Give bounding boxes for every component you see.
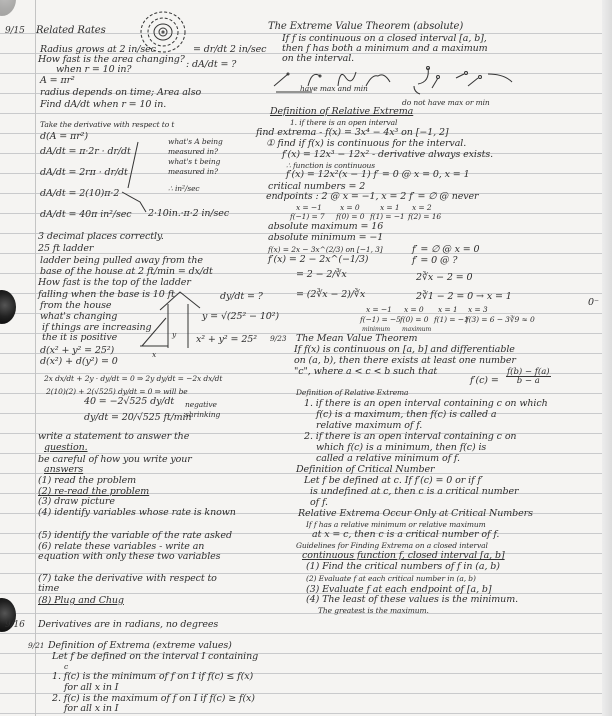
math-line: f′(x) = 12x³ − 12x² - derivative always … xyxy=(282,150,493,160)
note-line: Take the derivative with respect to t xyxy=(40,120,174,130)
note-line: for all x in I xyxy=(64,683,118,693)
table-cell: x = −1 xyxy=(366,305,392,315)
note-line: relative maximum of f. xyxy=(316,421,422,431)
table-cell: f(2) = 16 xyxy=(408,212,441,222)
note-line: 3 decimal places correctly. xyxy=(38,232,164,242)
note-line: 1. f(c) is the minimum of f on I if f(c)… xyxy=(52,672,253,682)
note-line: what's changing xyxy=(40,312,117,322)
side-note: measured in? xyxy=(168,167,218,177)
side-note: measured in? xyxy=(168,147,218,157)
note-line: A = πr² xyxy=(40,76,75,86)
section-title: Definition of Critical Number xyxy=(296,465,434,475)
note-line: Derivatives are in radians, no degrees xyxy=(38,620,218,630)
note-line: of f. xyxy=(310,498,328,508)
step-item: (6) relate these variables - write an eq… xyxy=(38,542,238,562)
step-item: (1) read the problem xyxy=(38,476,136,486)
math-line: ① find if f(x) is continuous for the int… xyxy=(266,139,466,149)
fraction-denominator: b − a xyxy=(517,377,540,385)
note-line: : dA/dt = ? xyxy=(186,60,236,70)
step-item: (4) identify variables whose rate is kno… xyxy=(38,508,248,518)
math-line: f′(x) = 12x²(x − 1) f′ = 0 @ x = 0, x = … xyxy=(286,170,470,180)
note-line: f(c) is a maximum, then f(c) is called a xyxy=(316,410,496,420)
note-line: at x = c, then c is a critical number of… xyxy=(312,530,499,540)
math-line: dA/dt = 40π in²/sec xyxy=(40,210,131,220)
date-label: 9/23 xyxy=(270,334,286,344)
side-note: 2·10in.·π·2 in/sec xyxy=(148,209,229,219)
table-cell: f(−1) = −5 xyxy=(360,315,401,325)
approx-note: 0⁻ xyxy=(588,298,599,308)
step-item: (3) draw picture xyxy=(38,497,115,507)
table-cell: f(1) = −1 xyxy=(434,315,469,325)
math-line: 40 = −2√525 dy/dt xyxy=(84,397,174,407)
section-title: Relative Extrema Occur Only at Critical … xyxy=(298,509,533,519)
diagram-label: x² + y² = 25² xyxy=(196,335,257,345)
note-line: called a relative minimum of f. xyxy=(316,454,460,464)
side-note: what's A being xyxy=(168,137,223,147)
table-cell: f(3) = 6 − 3∛9 ≈ 0 xyxy=(466,315,535,325)
result-line: absolute maximum = 16 xyxy=(268,222,383,232)
margin-line xyxy=(35,0,36,716)
ladder-house-sketch xyxy=(138,290,198,350)
math-line: f′ = ∅ @ x = 0 xyxy=(412,245,480,255)
math-line: 2∛x − 2 = 0 xyxy=(416,273,472,283)
section-title: Definition of Extrema (extreme values) xyxy=(48,641,232,651)
section-title: Definition of Relative Extrema xyxy=(296,388,408,398)
table-cell: f(0) = 0 xyxy=(400,315,428,325)
note-line: on (a, b), then there exists at least on… xyxy=(294,356,516,366)
math-line: dA/dt = 2(10)π·2 xyxy=(40,189,119,199)
page-edge xyxy=(602,0,612,716)
math-line: 2∛1 − 2 = 0 → x = 1 xyxy=(416,292,512,302)
math-line: dA/dt = π·2r · dr/dt xyxy=(40,147,131,157)
side-note: ∴ in²/sec xyxy=(168,184,200,194)
diagram-label: dy/dt = ? xyxy=(220,292,263,302)
note-line: 1. if there is an open interval containi… xyxy=(304,399,548,409)
math-line: find extrema - f(x) = 3x⁴ − 4x³ on [−1, … xyxy=(256,128,449,138)
section-title: Definition of Relative Extrema xyxy=(270,107,413,117)
side-note: negative xyxy=(185,400,217,410)
side-note: shrinking xyxy=(185,410,220,420)
diagram-label: y xyxy=(172,330,176,340)
table-cell: x = 1 xyxy=(438,305,458,315)
sketch-label: do not have max or min xyxy=(402,98,490,108)
note-line: ladder being pulled away from the xyxy=(40,256,203,266)
guideline-step: (4) The least of these values is the min… xyxy=(306,595,518,605)
note-line: The greatest is the maximum. xyxy=(318,606,429,616)
table-cell: x = 0 xyxy=(404,305,424,315)
guideline-step: (1) Find the critical numbers of f in (a… xyxy=(306,562,500,572)
note-line: for all x in I xyxy=(64,704,118,714)
math-line: endpoints : 2 @ x = −1, x = 2 f′ = ∅ @ n… xyxy=(266,192,478,202)
note-line: question. xyxy=(44,443,88,453)
note-line: on the interval. xyxy=(282,54,354,64)
section-title: Related Rates xyxy=(36,26,106,36)
table-cell: x = 3 xyxy=(468,305,488,315)
note-line: from the house xyxy=(40,301,111,311)
note-line: base of the house at 2 ft/min = dx/dt xyxy=(40,267,213,277)
math-line: d(x² + y² = 25²) xyxy=(40,346,114,356)
math-line: d(A = πr²) xyxy=(40,132,88,142)
note-line: radius depends on time; Area also xyxy=(40,88,201,98)
result-line: absolute minimum = −1 xyxy=(268,233,383,243)
arrow-sketch xyxy=(120,140,150,220)
section-title: The Extreme Value Theorem (absolute) xyxy=(268,22,463,32)
step-item: (8) Plug and Chug xyxy=(38,596,124,606)
note-line: 25 ft ladder xyxy=(38,244,93,254)
note-line: = dr/dt 2 in/sec xyxy=(193,45,266,55)
punch-hole xyxy=(0,290,16,324)
mvt-fraction: f(b) − f(a) b − a xyxy=(506,368,551,385)
step-item: (5) identify the variable of the rate as… xyxy=(38,531,232,541)
note-line: If f(x) is continuous on [a, b] and diff… xyxy=(294,345,515,355)
guideline-step: (2) Evaluate f at each critical number i… xyxy=(306,574,476,584)
math-line: dA/dt = 2rπ · dr/dt xyxy=(40,168,128,178)
note-line: when r = 10 in? xyxy=(56,65,131,75)
math-line: f′ = 0 @ ? xyxy=(412,256,457,266)
section-title: The Mean Value Theorem xyxy=(296,334,417,344)
sketch-label: have max and min xyxy=(300,84,368,94)
math-line: = 2 − 2/∛x xyxy=(296,270,347,280)
note-line: is undefined at c, then c is a critical … xyxy=(310,487,518,497)
note-line: answers xyxy=(44,465,83,475)
note-line: Let f be defined on the interval I conta… xyxy=(52,652,258,662)
diagram-label: x xyxy=(152,350,156,360)
note-line: write a statement to answer the xyxy=(38,432,189,442)
date-label: 9/16 xyxy=(5,620,25,630)
side-note: what's t being xyxy=(168,157,220,167)
math-line: dy/dt = 20/√525 ft/min xyxy=(84,413,192,423)
formula-lhs: f′(c) = xyxy=(470,376,499,386)
math-line: 2x dx/dt + 2y · dy/dt = 0 ⇒ 2y dy/dt = −… xyxy=(44,374,222,384)
math-line: d(x²) + d(y²) = 0 xyxy=(40,357,118,367)
date-label: 9/21 xyxy=(28,641,44,651)
note-line: 2. if there is an open interval containi… xyxy=(304,432,516,442)
note-line: which f(c) is a minimum, then f(c) is xyxy=(316,443,486,453)
note-line: "c", where a < c < b such that xyxy=(294,367,437,377)
diagram-label: y = √(25² − 10²) xyxy=(202,312,279,322)
math-line: f′(x) = 2 − 2x^(−1/3) xyxy=(268,255,368,265)
date-label: 9/15 xyxy=(5,26,25,36)
punch-hole xyxy=(0,0,16,16)
step-item: (7) take the derivative with respect to … xyxy=(38,574,238,594)
section-subtitle: continuous function f, closed interval [… xyxy=(302,551,505,561)
math-line: = (2∛x − 2)/∛x xyxy=(296,290,365,300)
notebook-page: 9/15 Related Rates Radius grows at 2 in/… xyxy=(0,0,612,716)
note-line: Find dA/dt when r = 10 in. xyxy=(40,100,166,110)
note-line: the it is positive xyxy=(42,333,117,343)
note-line: How fast is the top of the ladder xyxy=(38,278,191,288)
note-line: Let f be defined at c. If f′(c) = 0 or i… xyxy=(304,476,483,486)
